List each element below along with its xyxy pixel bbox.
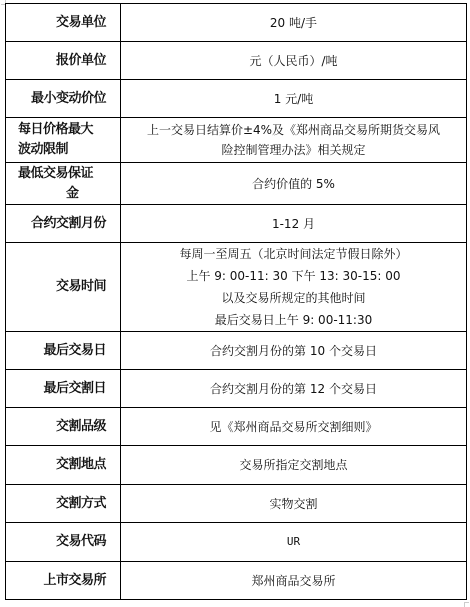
- corner-crop-mark-bottom-right: [464, 602, 469, 607]
- row-label: 交割方式: [6, 485, 121, 523]
- value-line: 1 元/吨: [127, 88, 460, 110]
- value-line: 合约交割月份的第 10 个交易日: [127, 340, 460, 362]
- row-label: 最小变动价位: [6, 80, 121, 118]
- table-row-trading-hours: 交易时间 每周一至周五（北京时间法定节假日除外） 上午 9: 00-11: 30…: [6, 243, 467, 332]
- row-label: 交易代码: [6, 523, 121, 562]
- row-value: 合约价值的 5%: [121, 163, 467, 205]
- value-line: 最后交易日上午 9: 00-11:30: [127, 309, 460, 331]
- table-row-min-margin: 最低交易保证 金 合约价值的 5%: [6, 163, 467, 205]
- row-value: 上一交易日结算价±4%及《郑州商品交易所期货交易风 险控制管理办法》相关规定: [121, 118, 467, 163]
- row-value: 元（人民币）/吨: [121, 42, 467, 80]
- row-label: 交易时间: [6, 243, 121, 332]
- row-label: 交割品级: [6, 408, 121, 446]
- table-row-listing-exchange: 上市交易所 郑州商品交易所: [6, 562, 467, 600]
- value-line: 郑州商品交易所: [127, 570, 460, 592]
- row-value: 1-12 月: [121, 205, 467, 243]
- value-line: 上午 9: 00-11: 30 下午 13: 30-15: 00: [127, 265, 460, 287]
- row-value: 郑州商品交易所: [121, 562, 467, 600]
- table-row-trading-unit: 交易单位 20 吨/手: [6, 4, 467, 42]
- value-line: 见《郑州商品交易所交割细则》: [127, 416, 460, 438]
- table-row-last-trading-day: 最后交易日 合约交割月份的第 10 个交易日: [6, 332, 467, 370]
- row-label: 最低交易保证 金: [6, 163, 121, 205]
- label-line: 金: [18, 184, 106, 204]
- table-row-quote-unit: 报价单位 元（人民币）/吨: [6, 42, 467, 80]
- value-line: 合约交割月份的第 12 个交易日: [127, 378, 460, 400]
- table-row-delivery-grade: 交割品级 见《郑州商品交易所交割细则》: [6, 408, 467, 446]
- value-line: 交易所指定交割地点: [127, 454, 460, 476]
- row-label: 报价单位: [6, 42, 121, 80]
- value-line: 每周一至周五（北京时间法定节假日除外）: [127, 243, 460, 265]
- label-line: 每日价格最大: [18, 120, 106, 140]
- row-label: 最后交易日: [6, 332, 121, 370]
- value-line: 险控制管理办法》相关规定: [127, 140, 460, 160]
- table-row-tick-size: 最小变动价位 1 元/吨: [6, 80, 467, 118]
- label-line: 最低交易保证: [18, 164, 106, 184]
- table-row-ticker-code: 交易代码 UR: [6, 523, 467, 562]
- value-line: 20 吨/手: [127, 12, 460, 34]
- table-row-delivery-months: 合约交割月份 1-12 月: [6, 205, 467, 243]
- row-value: 合约交割月份的第 12 个交易日: [121, 370, 467, 408]
- row-label: 最后交割日: [6, 370, 121, 408]
- value-line: 实物交割: [127, 493, 460, 515]
- table-row-delivery-location: 交割地点 交易所指定交割地点: [6, 446, 467, 485]
- value-line: 元（人民币）/吨: [127, 50, 460, 72]
- row-label: 每日价格最大 波动限制: [6, 118, 121, 163]
- row-value: UR: [121, 523, 467, 562]
- value-line: 上一交易日结算价±4%及《郑州商品交易所期货交易风: [127, 120, 460, 140]
- row-value: 每周一至周五（北京时间法定节假日除外） 上午 9: 00-11: 30 下午 1…: [121, 243, 467, 332]
- row-value: 合约交割月份的第 10 个交易日: [121, 332, 467, 370]
- row-label: 交易单位: [6, 4, 121, 42]
- row-value: 20 吨/手: [121, 4, 467, 42]
- row-label: 合约交割月份: [6, 205, 121, 243]
- row-value: 交易所指定交割地点: [121, 446, 467, 485]
- value-line: 合约价值的 5%: [127, 173, 460, 195]
- row-value: 1 元/吨: [121, 80, 467, 118]
- table-row-daily-price-limit: 每日价格最大 波动限制 上一交易日结算价±4%及《郑州商品交易所期货交易风 险控…: [6, 118, 467, 163]
- label-line: 波动限制: [18, 140, 106, 160]
- row-label: 上市交易所: [6, 562, 121, 600]
- value-line: 以及交易所规定的其他时间: [127, 287, 460, 309]
- value-line: UR: [127, 531, 460, 553]
- table-row-delivery-method: 交割方式 实物交割: [6, 485, 467, 523]
- futures-contract-spec-table: 交易单位 20 吨/手 报价单位 元（人民币）/吨 最小变动价位 1 元/吨 每…: [5, 3, 467, 600]
- row-value: 见《郑州商品交易所交割细则》: [121, 408, 467, 446]
- table-row-last-delivery-day: 最后交割日 合约交割月份的第 12 个交易日: [6, 370, 467, 408]
- row-label: 交割地点: [6, 446, 121, 485]
- row-value: 实物交割: [121, 485, 467, 523]
- value-line: 1-12 月: [127, 213, 460, 235]
